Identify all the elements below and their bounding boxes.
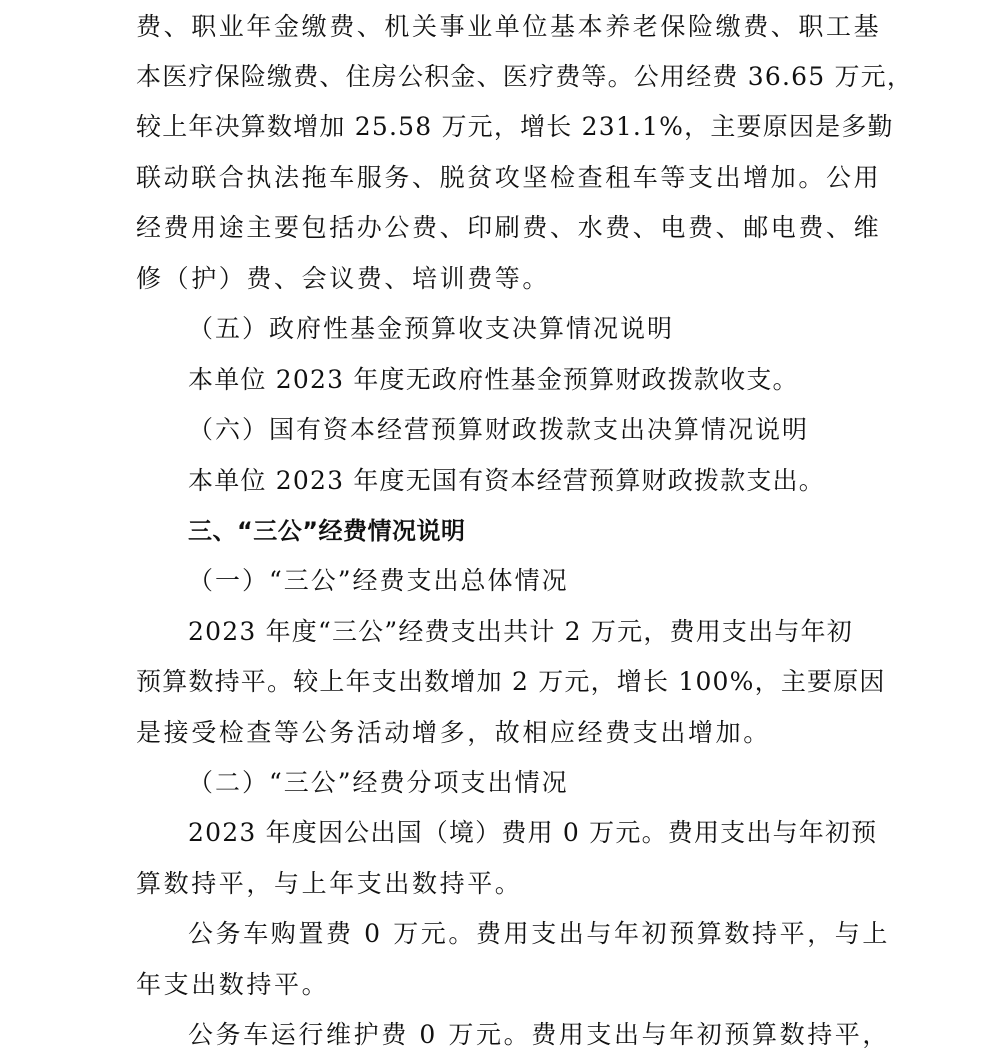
- section-subheading: （五）政府性基金预算收支决算情况说明: [188, 304, 674, 354]
- paragraph-line: 公务车购置费 0 万元。费用支出与年初预算数持平，与上: [188, 909, 890, 959]
- paragraph-line: 2023 年度因公出国（境）费用 0 万元。费用支出与年初预: [188, 808, 877, 858]
- paragraph-line: 2023 年度“三公”经费支出共计 2 万元，费用支出与年初: [188, 607, 853, 657]
- body-line: 费、职业年金缴费、机关事业单位基本养老保险缴费、职工基: [136, 2, 881, 52]
- section-heading: 三、“三公”经费情况说明: [188, 506, 466, 556]
- body-line: 算数持平，与上年支出数持平。: [136, 859, 522, 909]
- document-page: 费、职业年金缴费、机关事业单位基本养老保险缴费、职工基 本医疗保险缴费、住房公积…: [0, 0, 1000, 1060]
- body-line: 本医疗保险缴费、住房公积金、医疗费等。公用经费 36.65 万元，: [136, 52, 913, 102]
- body-line: 年支出数持平。: [136, 960, 329, 1010]
- section-subheading: （一）“三公”经费支出总体情况: [188, 556, 569, 606]
- paragraph-line: 本单位 2023 年度无政府性基金预算财政拨款收支。: [188, 355, 799, 405]
- section-subheading: （二）“三公”经费分项支出情况: [188, 758, 569, 808]
- body-line: 预算数持平。较上年支出数增加 2 万元，增长 100%，主要原因: [136, 657, 886, 707]
- section-subheading: （六）国有资本经营预算财政拨款支出决算情况说明: [188, 405, 809, 455]
- body-line: 较上年决算数增加 25.58 万元，增长 231.1%，主要原因是多勤: [136, 102, 894, 152]
- paragraph-line: 公务车运行维护费 0 万元。费用支出与年初预算数持平，: [188, 1010, 890, 1060]
- body-line: 是接受检查等公务活动增多，故相应经费支出增加。: [136, 708, 771, 758]
- body-line: 经费用途主要包括办公费、印刷费、水费、电费、邮电费、维: [136, 203, 881, 253]
- body-line: 修（护）费、会议费、培训费等。: [136, 254, 550, 304]
- body-line: 联动联合执法拖车服务、脱贫攻坚检查租车等支出增加。公用: [136, 153, 881, 203]
- paragraph-line: 本单位 2023 年度无国有资本经营预算财政拨款支出。: [188, 456, 825, 506]
